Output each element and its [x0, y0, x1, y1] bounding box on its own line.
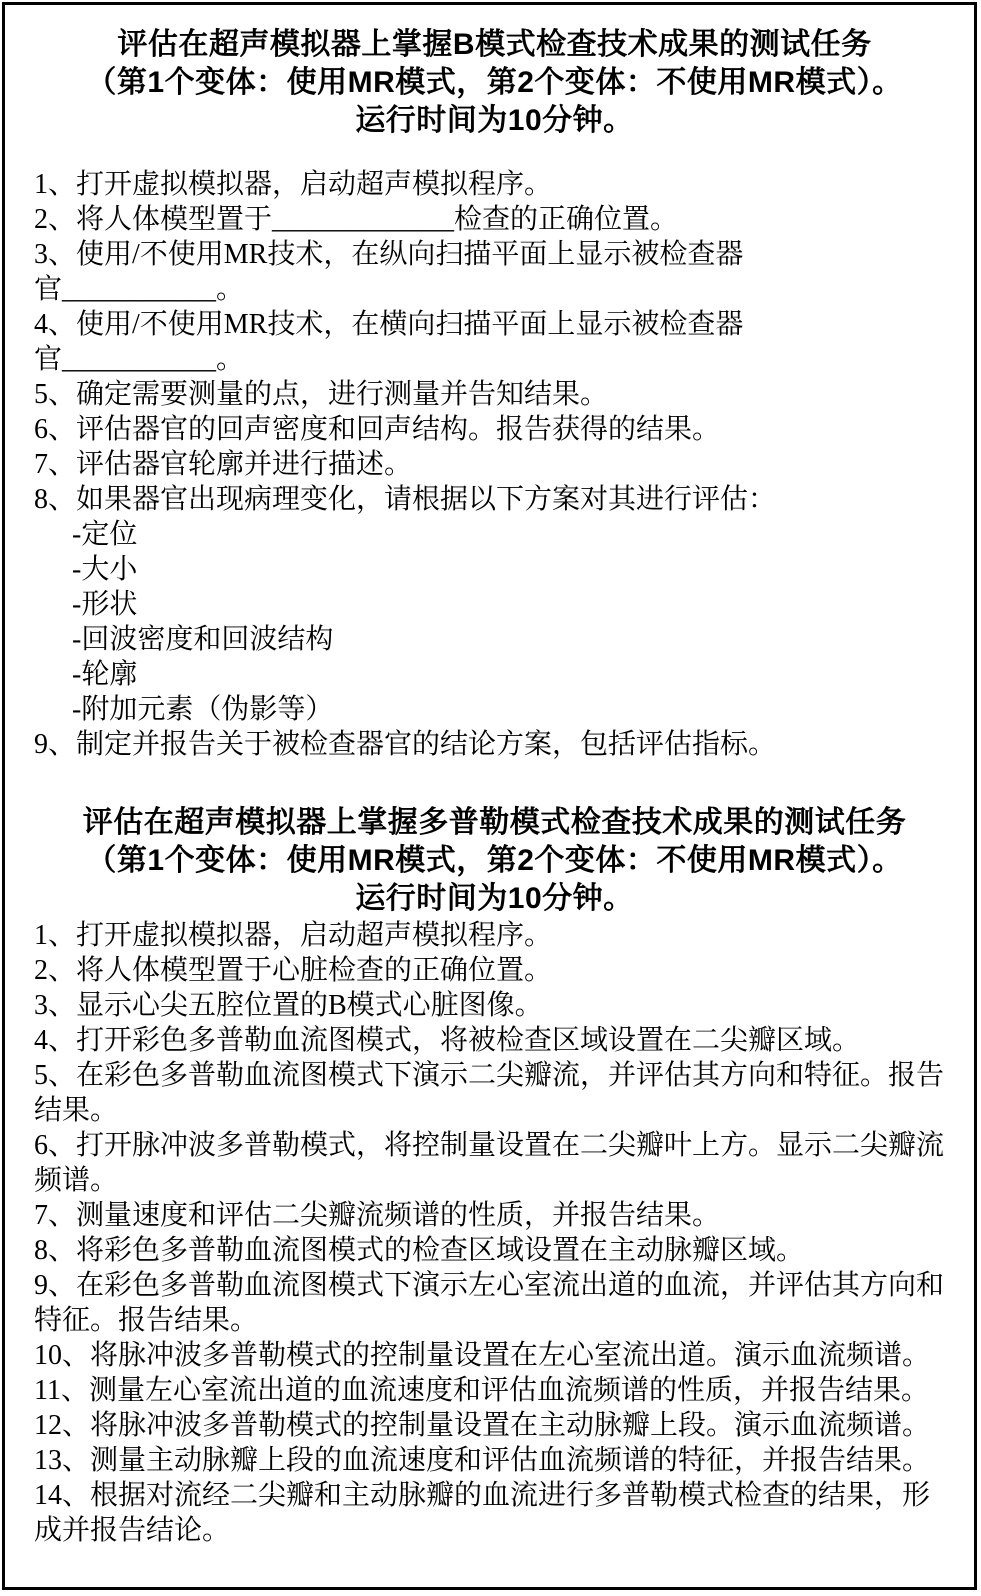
- section-2-task-list: 1、打开虚拟模拟器，启动超声模拟程序。 2、将人体模型置于心脏检查的正确位置。 …: [34, 918, 955, 1548]
- sub-item: -形状: [34, 587, 955, 622]
- document-page: 评估在超声模拟器上掌握B模式检查技术成果的测试任务 （第1个变体：使用MR模式，…: [0, 0, 981, 1596]
- task-item: 12、将脉冲波多普勒模式的控制量设置在主动脉瓣上段。演示血流频谱。: [34, 1408, 955, 1443]
- task-item: 7、测量速度和评估二尖瓣流频谱的性质，并报告结果。: [34, 1198, 955, 1233]
- section-2-title: 评估在超声模拟器上掌握多普勒模式检查技术成果的测试任务 （第1个变体：使用MR模…: [34, 804, 955, 918]
- task-item: 8、将彩色多普勒血流图模式的检查区域设置在主动脉瓣区域。: [34, 1233, 955, 1268]
- section-2-title-line-3: 运行时间为10分钟。: [34, 880, 955, 918]
- task-item: 9、制定并报告关于被检查器官的结论方案，包括评估指标。: [34, 727, 955, 762]
- task-item: 7、评估器官轮廓并进行描述。: [34, 447, 955, 482]
- task-item: 14、根据对流经二尖瓣和主动脉瓣的血流进行多普勒模式检查的结果，形 成并报告结论…: [34, 1478, 955, 1548]
- task-item: 1、打开虚拟模拟器，启动超声模拟程序。: [34, 918, 955, 953]
- task-item: 4、打开彩色多普勒血流图模式，将被检查区域设置在二尖瓣区域。: [34, 1023, 955, 1058]
- sub-item: -轮廓: [34, 657, 955, 692]
- section-2-title-line-2: （第1个变体：使用MR模式，第2个变体：不使用MR模式）。: [34, 842, 955, 880]
- section-1-title: 评估在超声模拟器上掌握B模式检查技术成果的测试任务 （第1个变体：使用MR模式，…: [34, 26, 955, 140]
- sub-item: -附加元素（伪影等）: [34, 692, 955, 727]
- task-item: 8、如果器官出现病理变化，请根据以下方案对其进行评估：: [34, 482, 955, 517]
- task-item: 6、评估器官的回声密度和回声结构。报告获得的结果。: [34, 412, 955, 447]
- task-item: 10、将脉冲波多普勒模式的控制量设置在左心室流出道。演示血流频谱。: [34, 1338, 955, 1373]
- task-item: 11、测量左心室流出道的血流速度和评估血流频谱的性质，并报告结果。: [34, 1373, 955, 1408]
- task-item: 5、在彩色多普勒血流图模式下演示二尖瓣流，并评估其方向和特征。报告 结果。: [34, 1058, 955, 1128]
- task-item: 6、打开脉冲波多普勒模式，将控制量设置在二尖瓣叶上方。显示二尖瓣流 频谱。: [34, 1128, 955, 1198]
- task-item: 2、将人体模型置于心脏检查的正确位置。: [34, 953, 955, 988]
- task-item: 2、将人体模型置于_____________检查的正确位置。: [34, 202, 955, 237]
- section-2-title-line-1: 评估在超声模拟器上掌握多普勒模式检查技术成果的测试任务: [34, 804, 955, 842]
- task-sheet: 评估在超声模拟器上掌握B模式检查技术成果的测试任务 （第1个变体：使用MR模式，…: [0, 0, 981, 1596]
- task-item: 1、打开虚拟模拟器，启动超声模拟程序。: [34, 167, 955, 202]
- section-1-title-line-3: 运行时间为10分钟。: [34, 102, 955, 140]
- section-1-title-line-1: 评估在超声模拟器上掌握B模式检查技术成果的测试任务: [34, 26, 955, 64]
- section-1-task-list: 1、打开虚拟模拟器，启动超声模拟程序。 2、将人体模型置于___________…: [34, 167, 955, 762]
- task-item: 4、使用/不使用MR技术，在横向扫描平面上显示被检查器 官___________…: [34, 307, 955, 377]
- task-item: 3、显示心尖五腔位置的B模式心脏图像。: [34, 988, 955, 1023]
- task-item: 3、使用/不使用MR技术，在纵向扫描平面上显示被检查器 官___________…: [34, 237, 955, 307]
- task-item: 9、在彩色多普勒血流图模式下演示左心室流出道的血流，并评估其方向和 特征。报告结…: [34, 1268, 955, 1338]
- section-1-title-line-2: （第1个变体：使用MR模式，第2个变体：不使用MR模式）。: [34, 64, 955, 102]
- sub-item: -大小: [34, 552, 955, 587]
- task-item: 5、确定需要测量的点，进行测量并告知结果。: [34, 377, 955, 412]
- sub-item: -定位: [34, 517, 955, 552]
- sub-item: -回波密度和回波结构: [34, 622, 955, 657]
- task-item: 13、测量主动脉瓣上段的血流速度和评估血流频谱的特征，并报告结果。: [34, 1443, 955, 1478]
